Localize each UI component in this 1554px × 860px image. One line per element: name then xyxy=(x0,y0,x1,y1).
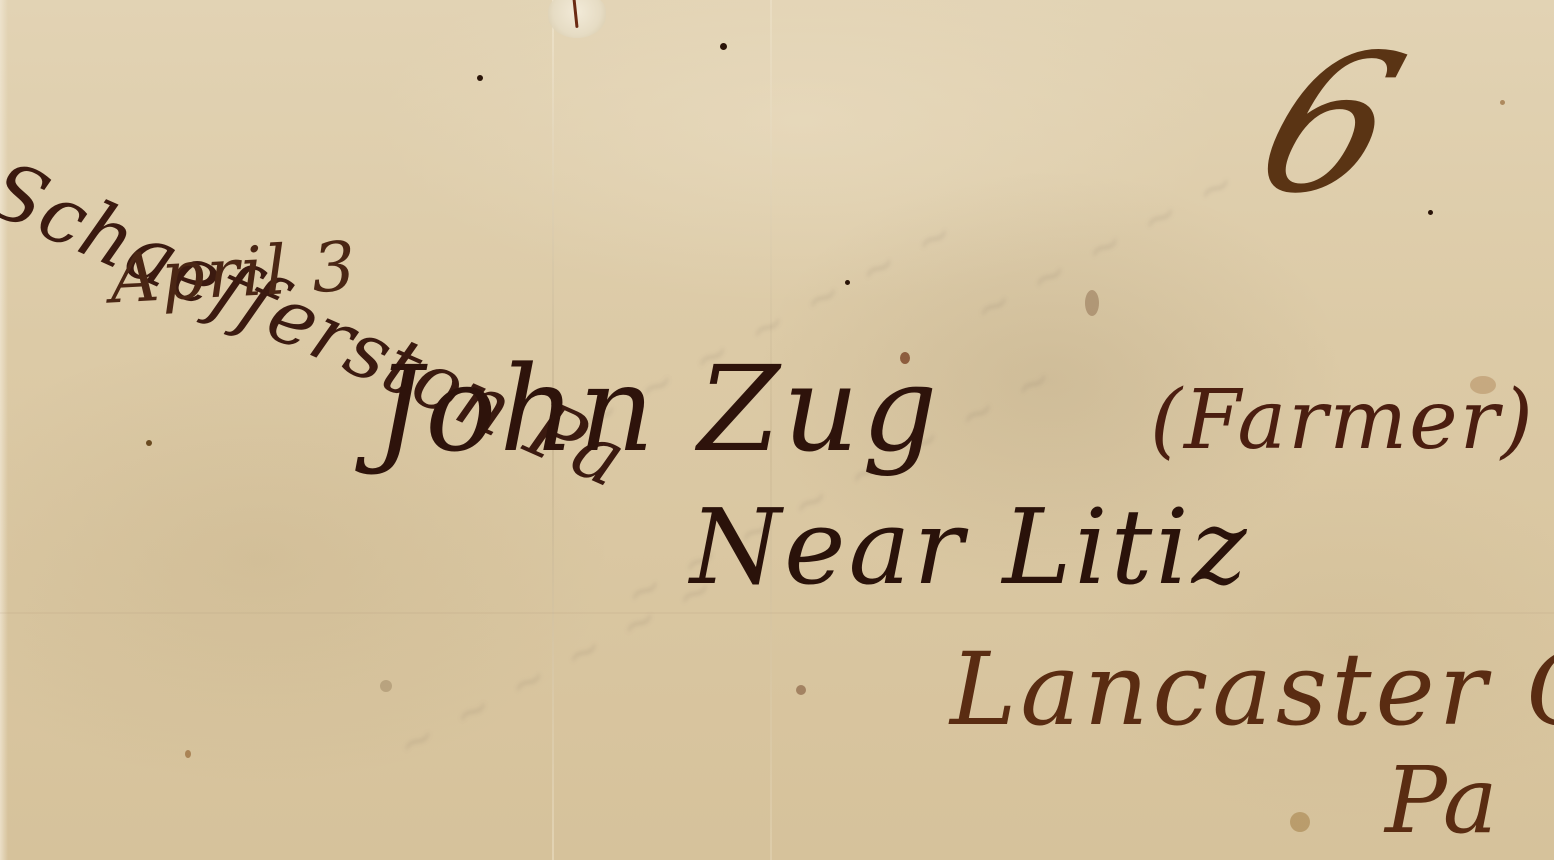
ink-spot xyxy=(845,280,850,285)
stain xyxy=(796,685,806,695)
postage-rate-marking: 6 xyxy=(1239,30,1422,220)
stain xyxy=(380,680,392,692)
stain xyxy=(1500,100,1505,105)
wax-seal-remnant xyxy=(548,0,606,38)
address-state: Pa xyxy=(1385,755,1498,847)
ink-spot xyxy=(477,75,483,81)
ink-spot xyxy=(1428,210,1433,215)
postmark-date: April 3 xyxy=(108,234,359,315)
paper-edge xyxy=(0,0,8,860)
stain xyxy=(1085,290,1099,316)
address-locality: Near Litiz xyxy=(690,495,1250,599)
address-county: Lancaster Co. xyxy=(950,640,1554,740)
addressee-name: John Zug xyxy=(375,350,940,468)
stain xyxy=(185,750,191,758)
addressee-occupation: (Farmer) xyxy=(1150,380,1535,462)
stain xyxy=(1290,812,1310,832)
envelope: ~ ~ ~ ~ ~ ~ ~ ~ ~ ~ ~ ~ ~ ~ ~ ~ ~ ~ ~ ~ … xyxy=(0,0,1554,860)
fold-line xyxy=(0,612,1554,614)
bleed-through-text: ~ ~ ~ ~ ~ ~ xyxy=(389,559,728,772)
bleed-through-text: ~ ~ ~ ~ ~ xyxy=(965,154,1249,337)
ink-spot xyxy=(720,43,727,50)
ink-spot xyxy=(146,440,152,446)
